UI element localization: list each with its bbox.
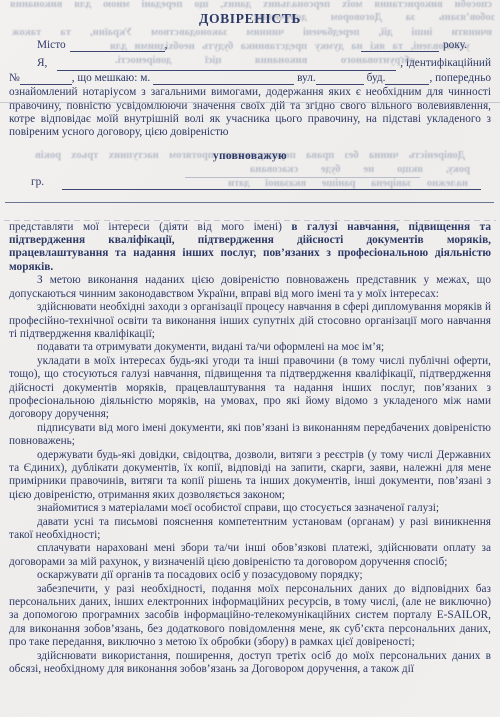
street-blank	[316, 74, 364, 85]
principal-name-line: Я, , ідентифікаційний	[9, 57, 491, 70]
power-item: оскаржувати дії органів та посадових осі…	[9, 569, 491, 582]
power-item: сплачувати нараховані мені збори та/чи і…	[9, 542, 491, 569]
id-address-line: № , що мешкаю: м. вул. буд. , попередньо	[9, 72, 491, 85]
scanned-document-page: способи використання моїх персональних д…	[0, 0, 500, 717]
name-blank-line	[57, 60, 396, 71]
preamble-tail-label: , попередньо	[429, 72, 491, 85]
city-name-blank	[153, 74, 294, 85]
power-item: укладати в моїх інтересах будь-які угоди…	[9, 355, 491, 422]
purpose-paragraph: З метою виконання наданих цією довіреніс…	[9, 274, 491, 301]
id-number-blank	[20, 74, 72, 85]
power-item: здійснювати необхідні заходи з організац…	[9, 301, 491, 341]
power-item: одержувати будь-які довідки, свідоцтва, …	[9, 449, 491, 503]
power-item: давати усні та письмові пояснення компет…	[9, 516, 491, 543]
attorney-name-line: гр.	[9, 176, 491, 189]
city-blank-line	[70, 41, 165, 52]
preamble-paragraph: ознайомлений нотаріусом з загальними вим…	[9, 86, 491, 140]
year-label: року.	[443, 39, 467, 52]
power-item: підписувати від мого імені документи, як…	[9, 422, 491, 449]
attorney-name-blank	[62, 178, 481, 190]
building-blank	[385, 74, 429, 85]
resides-label: , що мешкаю: м.	[72, 72, 150, 85]
i-label: Я,	[37, 57, 47, 70]
power-item: забезпечити, у разі необхідності, поданн…	[9, 583, 491, 650]
scope-plain-text: представляти мої інтереси (діяти від мог…	[9, 221, 291, 233]
power-item: подавати та отримувати документи, видані…	[9, 341, 491, 354]
power-item: здійснювати використання, поширення, дос…	[9, 650, 491, 677]
city-label: Місто	[37, 39, 66, 52]
city-date-line: Місто , року.	[9, 39, 491, 52]
scope-paragraph: представляти мої інтереси (діяти від мог…	[9, 221, 491, 275]
date-blank-line	[361, 41, 439, 52]
building-label: буд.	[367, 72, 386, 85]
power-item: знайомитися з матеріалами моєї особистої…	[9, 502, 491, 515]
authorize-word: уповноважую	[9, 150, 491, 163]
comma: ,	[165, 39, 168, 52]
identification-label: , ідентифікаційний	[400, 57, 491, 70]
gr-label: гр.	[31, 176, 44, 189]
number-label: №	[9, 72, 20, 85]
separator-line	[5, 202, 494, 203]
document-content: ДОВІРЕНІСТЬ Місто , року. Я, , ідентифік…	[0, 0, 500, 676]
document-title: ДОВІРЕНІСТЬ	[9, 11, 491, 27]
street-label: вул.	[297, 72, 316, 85]
